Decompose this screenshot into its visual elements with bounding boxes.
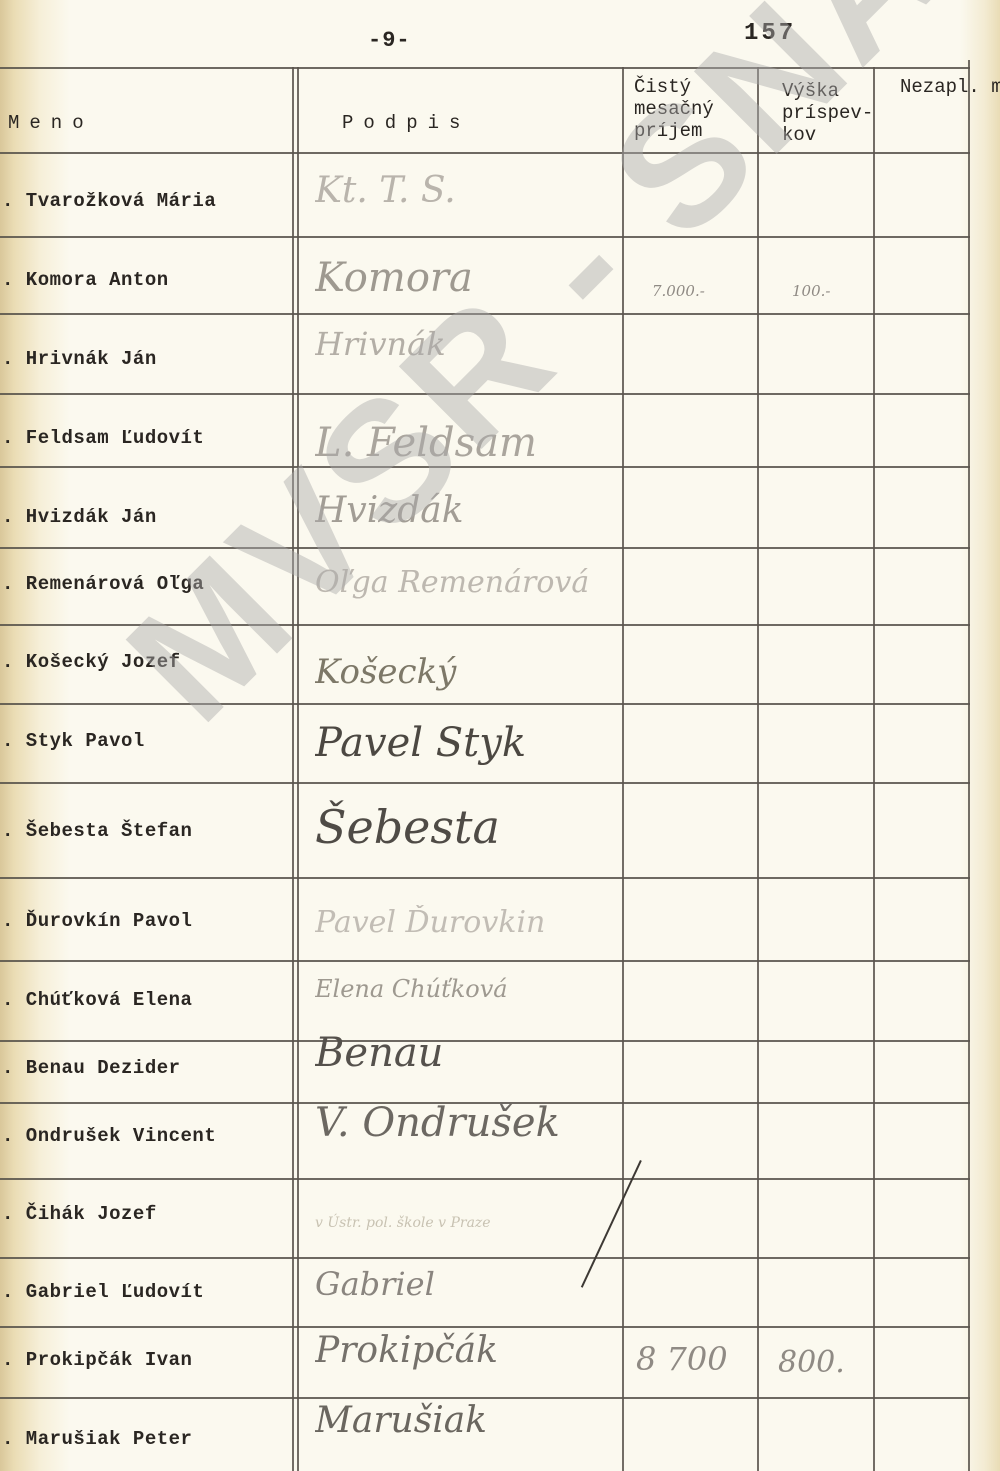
contribution-value: 800. [778,1345,845,1380]
row-divider [0,152,970,154]
column-divider [622,67,624,1471]
signature-annotation: v Ústr. pol. škole v Praze [315,1215,491,1231]
row-name: . Styk Pavol [2,730,145,752]
row-name: . Ďurovkín Pavol [2,910,192,932]
column-divider [873,67,875,1471]
header-unpaid-months: Nezapl. mesiac [900,76,1000,98]
handwritten-signature: L. Feldsam [315,420,615,466]
row-divider [0,782,970,784]
stamped-page-number: 157 [744,20,796,47]
row-name: . Feldsam Ľudovít [2,427,204,449]
row-divider [0,877,970,879]
row-divider [0,1397,970,1399]
row-name: . Čihák Jozef [2,1203,157,1225]
row-name: . Tvarožková Mária [2,190,216,212]
row-name: . Chúťková Elena [2,989,192,1011]
header-signature: Podpis [342,112,470,134]
row-divider [0,466,970,468]
row-divider [0,236,970,238]
typed-page-number: -9- [368,28,411,53]
row-divider [0,960,970,962]
handwritten-signature: Pavel Styk [315,720,615,766]
row-divider [0,547,970,549]
income-value: 8 700 [636,1340,728,1378]
row-divider [0,313,970,315]
row-name: . Hrivnák Ján [2,348,157,370]
header-net-income: Čistý mesačný príjem [634,76,754,142]
handwritten-signature: Elena Chúťková [315,975,615,1003]
row-name: . Ondrušek Vincent [2,1125,216,1147]
handwritten-signature: Gabriel [315,1265,615,1303]
row-divider [0,703,970,705]
row-name: . Benau Dezider [2,1057,181,1079]
income-value: 7.000.- [652,282,705,300]
handwritten-signature: Pavel Ďurovkin [315,905,615,940]
row-divider [0,1257,970,1259]
handwritten-signature: V. Ondrušek [315,1100,615,1146]
handwritten-signature: Kt. T. S. [315,170,615,211]
row-name: . Hvizdák Ján [2,506,157,528]
row-name: . Šebesta Štefan [2,820,192,842]
header-contribution: Výška príspev- kov [782,80,882,146]
row-name: . Marušiak Peter [2,1428,192,1450]
handwritten-signature: Komora [315,255,615,301]
row-divider [0,624,970,626]
column-divider [968,60,970,1471]
contribution-value: 100.- [792,282,830,300]
handwritten-signature: Šebesta [315,800,615,854]
document-page: -9- 157 Meno Podpis Čistý mesačný príjem… [0,0,1000,1471]
column-divider [757,67,759,1471]
handwritten-signature: Prokipčák [315,1330,615,1371]
column-divider [297,67,299,1471]
handwritten-signature: Benau [315,1030,615,1076]
row-divider [0,67,970,69]
column-divider [292,67,294,1471]
handwritten-signature: Košecký [315,652,615,692]
row-name: . Remenárová Oľga [2,573,204,595]
row-divider [0,1326,970,1328]
row-name: . Prokipčák Ivan [2,1349,192,1371]
row-name: . Komora Anton [2,269,169,291]
handwritten-signature: Hvizdák [315,490,615,531]
handwritten-signature: Oľga Remenárová [315,565,615,600]
row-divider [0,1178,970,1180]
row-name: . Gabriel Ľudovít [2,1281,204,1303]
header-name: Meno [8,112,94,134]
row-divider [0,393,970,395]
handwritten-signature: Marušiak [315,1400,615,1441]
row-name: . Košecký Jozef [2,651,181,673]
handwritten-signature: Hrivnák [315,325,615,363]
